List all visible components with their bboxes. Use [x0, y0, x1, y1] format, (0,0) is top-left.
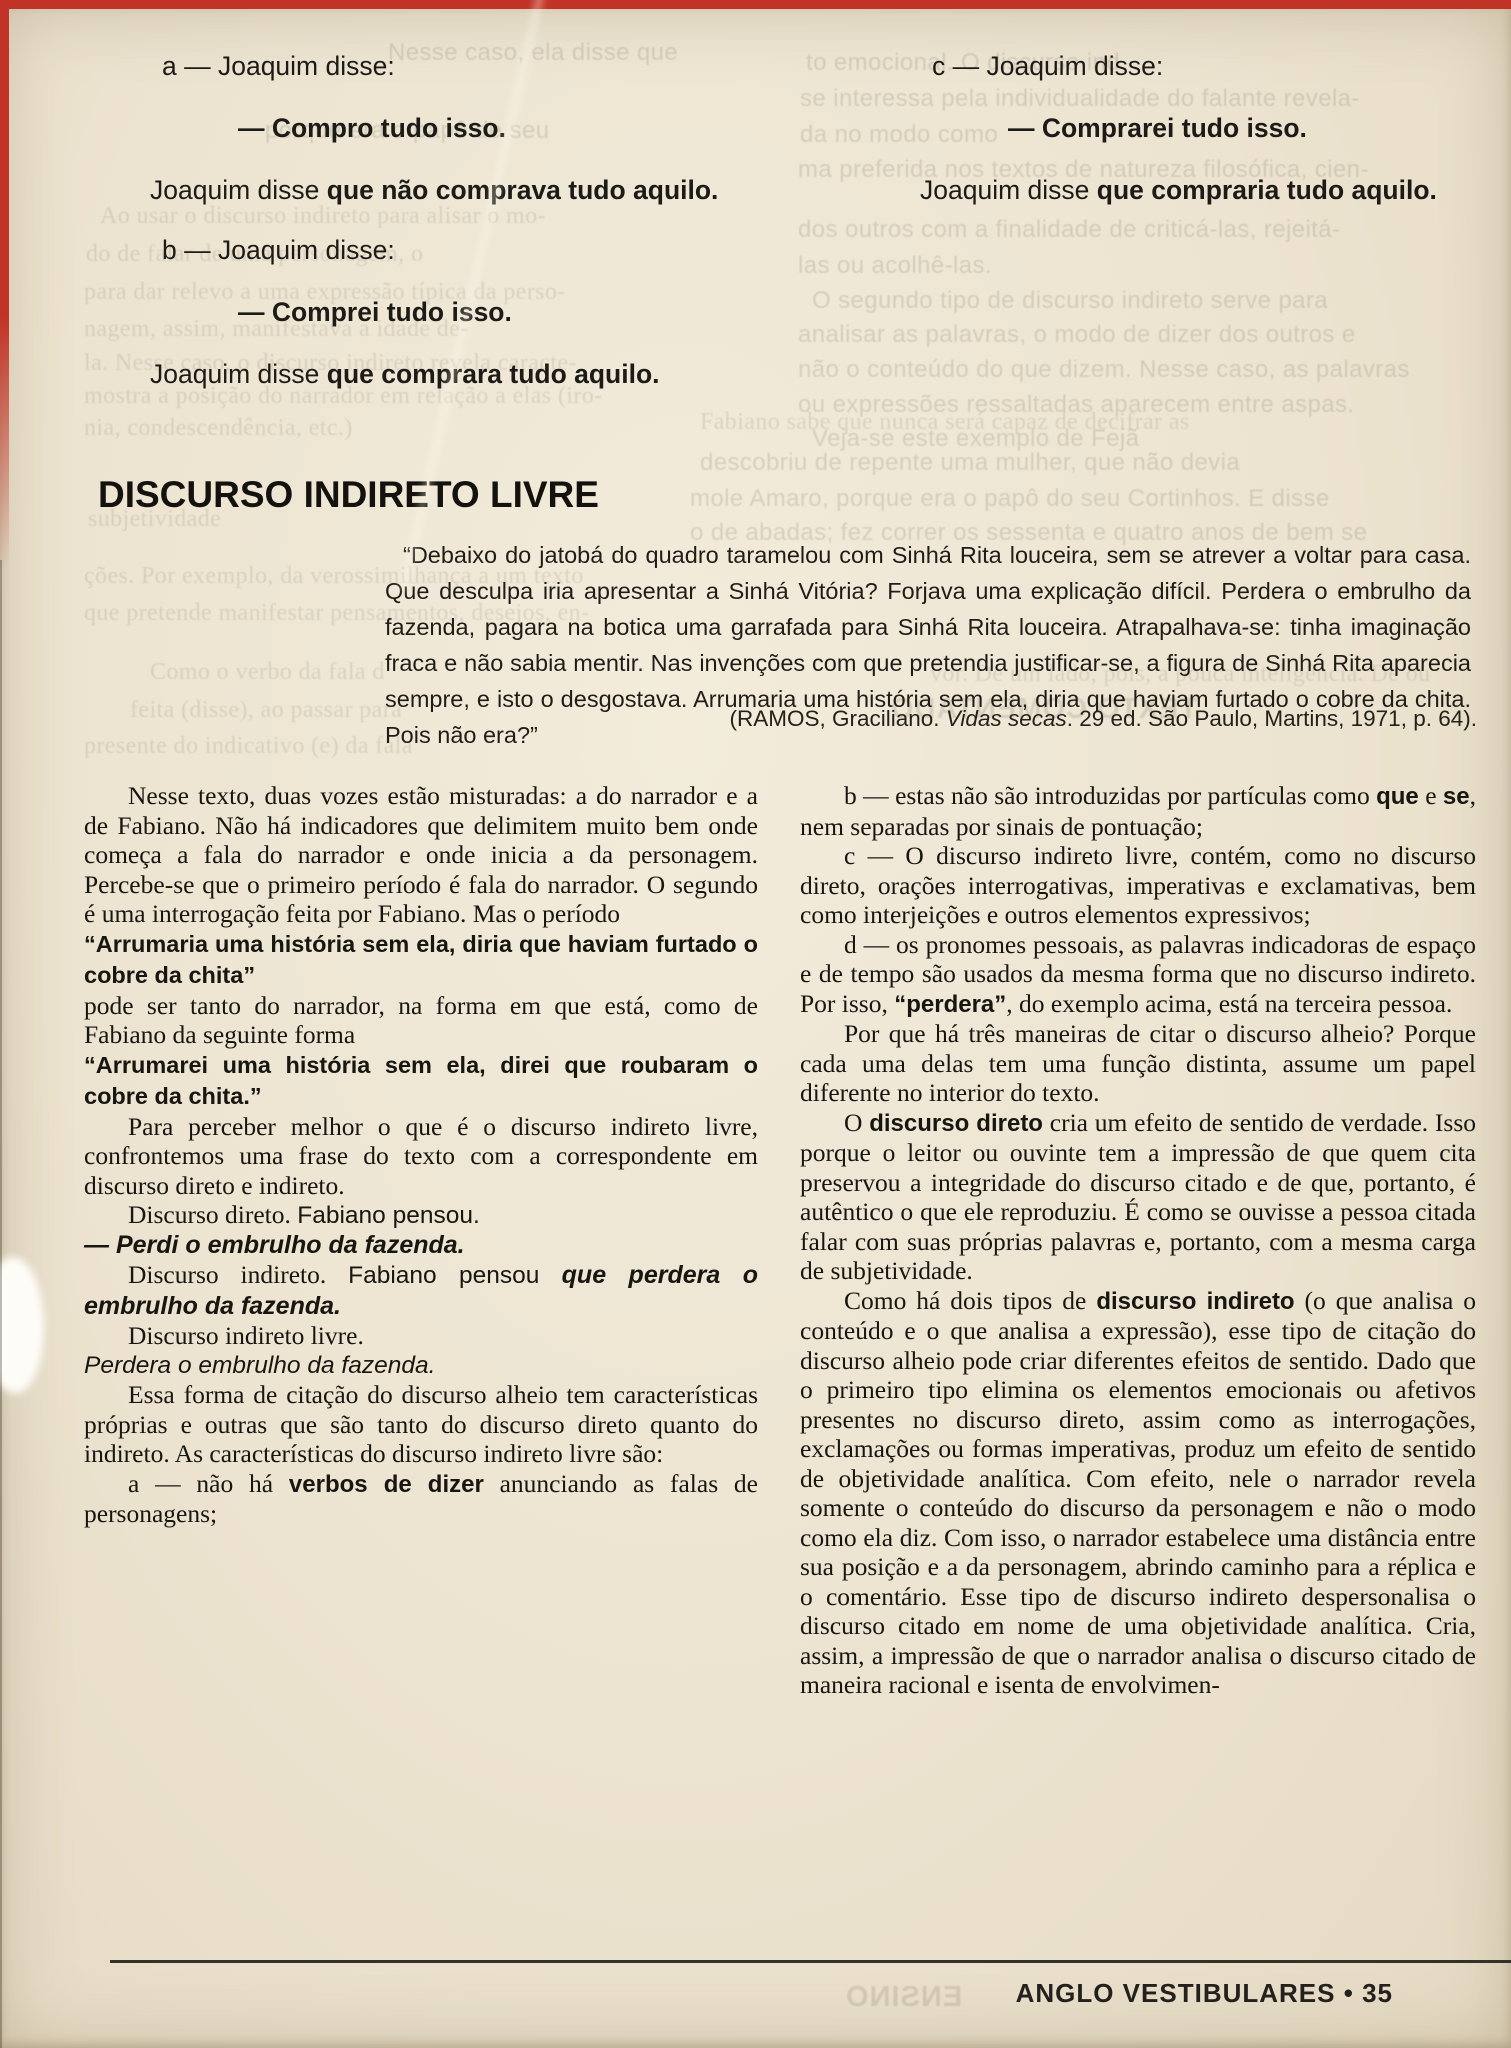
footer-bullet: •	[1344, 1978, 1354, 2008]
bleed-through-text: dos outros com a finalidade de criticá-l…	[798, 216, 1340, 244]
footer-rule	[110, 1960, 1511, 1963]
citation-suffix: . 29 ed. São Paulo, Martins, 1971, p. 64…	[1067, 706, 1477, 731]
example-indirect-line: Discurso indireto. Fabiano pensou que pe…	[84, 1260, 758, 1321]
example-c-indirect-bold: que compraria tudo aquilo.	[1097, 175, 1437, 205]
example-c-indirect-prefix: Joaquim disse	[920, 175, 1097, 205]
item-b-mid: e	[1419, 781, 1443, 810]
example-indirect-label: Discurso indireto.	[128, 1260, 348, 1289]
paragraph: Para perceber melhor o que é o discurso …	[84, 1112, 758, 1201]
example-b-label: b — Joaquim disse:	[162, 235, 750, 266]
inline-quote: “Arrumaria uma história sem ela, diria q…	[84, 929, 758, 991]
example-a-indirect-prefix: Joaquim disse	[150, 175, 327, 205]
citation-book-title: Vidas secas	[946, 706, 1067, 731]
list-item-c: c — O discurso indireto livre, contém, c…	[800, 841, 1476, 930]
paragraph: Essa forma de citação do discurso alheio…	[84, 1380, 758, 1469]
bleed-through-text: mole Amaro, porque era o papô do seu Cor…	[690, 485, 1330, 513]
item-a-prefix: a — não há	[128, 1469, 289, 1498]
bleed-through-text: descobriu de repente uma mulher, que não…	[700, 449, 1240, 477]
example-direct-sans: Fabiano pensou.	[297, 1202, 480, 1229]
quote-citation: (RAMOS, Graciliano. Vidas secas. 29 ed. …	[385, 706, 1477, 732]
item-d-bold: “perdera”	[894, 991, 1006, 1018]
example-b-indirect-bold: que comprara tudo aquilo.	[327, 359, 660, 389]
inline-quote: “Arrumarei uma história sem ela, direi q…	[84, 1050, 758, 1112]
example-livre-label: Discurso indireto livre.	[84, 1321, 758, 1351]
p3-prefix: Como há dois tipos de	[844, 1286, 1096, 1315]
example-direct-label: Discurso direto.	[128, 1200, 297, 1229]
paragraph: pode ser tanto do narrador, na forma em …	[84, 991, 758, 1050]
example-a-label: a — Joaquim disse:	[162, 51, 750, 82]
left-column: Nesse texto, duas vozes estão misturadas…	[84, 781, 758, 1529]
right-column: b — estas não são introduzidas por partí…	[800, 781, 1476, 1700]
item-d-suffix: , do exemplo acima, está na terceira pes…	[1006, 989, 1452, 1018]
section-title: DISCURSO INDIRETO LIVRE	[98, 474, 599, 516]
bleed-through-text: ENSINO	[845, 1981, 962, 2014]
scanned-page: Nesse caso, ela disse que porque era o p…	[0, 9, 1511, 2048]
item-b-bold-se: se	[1443, 783, 1470, 810]
list-item-a: a — não há verbos de dizer anunciando as…	[84, 1469, 758, 1529]
example-a-direct-speech: — Compro tudo isso.	[238, 113, 750, 144]
list-item-b: b — estas não são introduzidas por partí…	[800, 781, 1476, 841]
examples-left: a — Joaquim disse: — Compro tudo isso. J…	[150, 51, 750, 390]
p2-bold: discurso direto	[869, 1110, 1043, 1137]
example-a-indirect-bold: que não comprava tudo aquilo.	[327, 175, 719, 205]
bleed-through-text: feita (disse), ao passar para	[130, 697, 402, 724]
paragraph: Por que há três maneiras de citar o disc…	[800, 1019, 1476, 1108]
example-direct-quote: — Perdi o embrulho da fazenda.	[84, 1231, 758, 1261]
example-indirect-sans: Fabiano pensou	[348, 1262, 562, 1289]
scan-blemish	[0, 1257, 44, 1393]
footer-brand: ANGLO VESTIBULARES	[1016, 1978, 1336, 2008]
item-a-bold: verbos de dizer	[289, 1471, 484, 1498]
footer: ANGLO VESTIBULARES • 35	[1016, 1978, 1393, 2009]
item-b-bold-que: que	[1376, 783, 1419, 810]
item-b-prefix: b — estas não são introduzidas por partí…	[844, 781, 1376, 810]
p2-prefix: O	[844, 1108, 869, 1137]
paragraph: Nesse texto, duas vozes estão misturadas…	[84, 781, 758, 929]
example-b-direct-speech: — Comprei tudo isso.	[238, 297, 750, 328]
example-a-indirect: Joaquim disse que não comprava tudo aqui…	[150, 175, 750, 206]
red-page-edge	[0, 9, 9, 569]
bleed-through-text: nia, condescendência, etc.)	[84, 415, 353, 442]
citation-prefix: (RAMOS, Graciliano.	[730, 706, 946, 731]
bleed-through-text: não o conteúdo do que dizem. Nesse caso,…	[798, 356, 1410, 384]
example-b-indirect-prefix: Joaquim disse	[150, 359, 327, 389]
example-c-indirect: Joaquim disse que compraria tudo aquilo.	[920, 175, 1511, 206]
paragraph: Como há dois tipos de discurso indireto …	[800, 1286, 1476, 1700]
p3-suffix: (o que analisa o conteúdo e o que analis…	[800, 1286, 1476, 1700]
bleed-through-text: presente do indicativo (e) da fala	[84, 733, 413, 760]
examples-right: c — Joaquim disse: — Comprarei tudo isso…	[920, 51, 1511, 206]
bleed-through-text: analisar as palavras, o modo de dizer do…	[798, 321, 1356, 349]
example-direct-line: Discurso direto. Fabiano pensou.	[84, 1200, 758, 1231]
list-item-d: d — os pronomes pessoais, as palavras in…	[800, 930, 1476, 1020]
example-livre-quote: Perdera o embrulho da fazenda.	[84, 1351, 758, 1381]
paragraph: O discurso direto cria um efeito de sent…	[800, 1108, 1476, 1286]
page-edge-line	[0, 560, 2, 2048]
bleed-through-text: las ou acolhê-las.	[798, 252, 992, 280]
example-c-direct-speech: — Comprarei tudo isso.	[1008, 113, 1511, 144]
p3-bold: discurso indireto	[1096, 1288, 1294, 1315]
example-c-label: c — Joaquim disse:	[932, 51, 1511, 82]
bleed-through-text: O segundo tipo de discurso indireto serv…	[812, 287, 1328, 315]
bleed-through-text: Como o verbo da fala d	[150, 659, 385, 686]
bleed-through-text: Fabiano sabe que nunca será capaz de dec…	[700, 409, 1190, 436]
page-number: 35	[1362, 1978, 1393, 2008]
